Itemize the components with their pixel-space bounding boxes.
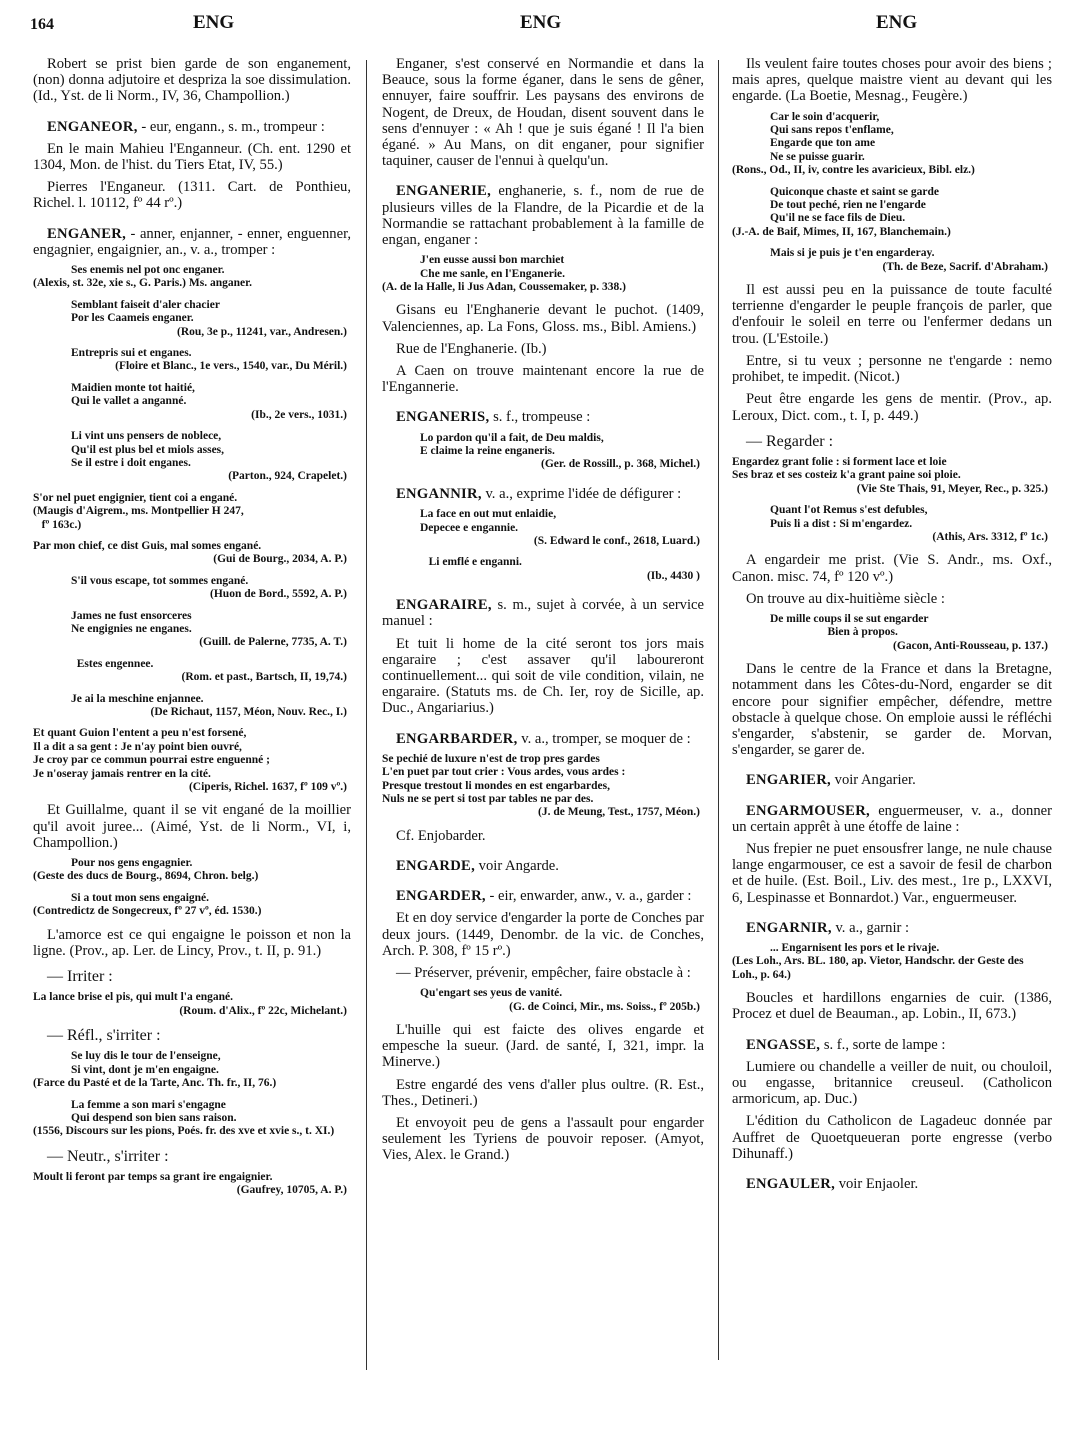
quotation: Je ai la meschine enjannee.(De Richaut, … — [33, 693, 351, 720]
quotation-line: Qui despend son bien sans raison. — [33, 1112, 351, 1125]
entry-headword: ENGARAIRE, — [396, 597, 492, 613]
quotation-line: Presque trestout li mondes en est engarb… — [382, 780, 704, 793]
quotation: Maidien monte tot haitié,Qui le vallet a… — [33, 382, 351, 422]
quotation-line: Li emflé e enganni. — [382, 556, 704, 569]
entry-definition: v. a., garnir : — [832, 920, 909, 936]
quotation: Entrepris sui et enganes.(Floire et Blan… — [33, 347, 351, 374]
citation-source: (Farce du Pasté et de la Tarte, Anc. Th.… — [33, 1077, 351, 1090]
entry-headword: ENGARNIR, — [746, 920, 832, 936]
quotation: Se luy dis le tour de l'enseigne,Si vint… — [33, 1050, 351, 1090]
citation-source: (Floire et Blanc., 1e vers., 1540, var.,… — [33, 360, 351, 373]
quotation-line: Estes engennee. — [33, 658, 351, 671]
paragraph: Et Guillalme, quant il se vit engané de … — [33, 802, 351, 851]
quotation-line: J'en eusse aussi bon marchiet — [382, 254, 704, 267]
quotation-line: Si a tout mon sens engaigné. — [33, 892, 351, 905]
citation-source: (Ib., 2e vers., 1031.) — [33, 409, 351, 422]
quotation-line: Mais si je puis je t'en engarderay. — [732, 247, 1052, 260]
paragraph: Ils veulent faire toutes choses pour avo… — [732, 56, 1052, 105]
citation-source: (Les Loh., Ars. BL. 180, ap. Vietor, Han… — [732, 955, 1052, 982]
paragraph: Et tuit li home de la cité seront tos jo… — [382, 636, 704, 717]
running-head-right: ENG — [876, 12, 917, 34]
quotation-line: Pour nos gens engagnier. — [33, 857, 351, 870]
quotation-line: Ses braz et ses costeiz k'a grant paine … — [732, 469, 1052, 482]
citation-source: (Geste des ducs de Bourg., 8694, Chron. … — [33, 870, 351, 883]
quotation: J'en eusse aussi bon marchietChe me sanl… — [382, 254, 704, 294]
paragraph: Peut être engarde les gens de mentir. (P… — [732, 391, 1052, 423]
paragraph: Entre, si tu veux ; personne ne t'engard… — [732, 353, 1052, 385]
quotation-line: Engardez grant folie : si forment lace e… — [732, 456, 1052, 469]
paragraph: L'huille qui est faicte des olives engar… — [382, 1022, 704, 1071]
quotation-line: S'il vous escape, tot sommes engané. — [33, 575, 351, 588]
paragraph: Enganer, s'est conservé en Normandie et … — [382, 56, 704, 169]
quotation: James ne fust ensorceresNe engignies ne … — [33, 610, 351, 650]
paragraph: Estre engardé des vens d'aller plus oult… — [382, 1077, 704, 1109]
citation-source: (Ib., 4430 ) — [382, 570, 704, 583]
sense-heading: — Réfl., s'irriter : — [33, 1028, 351, 1044]
column-right: Ils veulent faire toutes choses pour avo… — [732, 56, 1052, 1198]
entry-headword: ENGANERIS, — [396, 409, 489, 425]
column-left: Robert se prist bien garde de son engane… — [33, 56, 351, 1206]
quotation-line: Et quant Guion l'entent a peu n'est fors… — [33, 727, 351, 740]
citation-source: (Roum. d'Alix., fº 22c, Michelant.) — [33, 1005, 351, 1018]
quotation-line: Engarde que ton ame — [732, 137, 1052, 150]
quotation: Quant l'ot Remus s'est defubles,Puis li … — [732, 504, 1052, 544]
paragraph: Nus frepier ne puet ensousfrer lange, ne… — [732, 841, 1052, 906]
entry-headword: ENGANER, — [47, 226, 126, 242]
quotation-line: Bien à propos. — [732, 626, 1052, 639]
quotation: Car le soin d'acquerir,Qui sans repos t'… — [732, 111, 1052, 178]
quotation-line: Qu'engart ses yeus de vanité. — [382, 987, 704, 1000]
citation-source: (Rons., Od., II, iv, contre les avaricie… — [732, 164, 1052, 177]
paragraph: Lumiere ou chandelle a veiller de nuit, … — [732, 1059, 1052, 1108]
dictionary-entry: ENGARDER, - eir, enwarder, anw., v. a., … — [382, 888, 704, 904]
entry-headword: ENGASSE, — [746, 1037, 820, 1053]
entry-headword: ENGAULER, — [746, 1176, 835, 1192]
quotation-line: Moult li feront par temps sa grant ire e… — [33, 1171, 351, 1184]
paragraph: L'amorce est ce qui engaigne le poisson … — [33, 927, 351, 959]
quotation-line: Quant l'ot Remus s'est defubles, — [732, 504, 1052, 517]
dictionary-entry: ENGARNIR, v. a., garnir : — [732, 920, 1052, 936]
quotation-line: La face en out mut enlaidie, — [382, 508, 704, 521]
paragraph: Il est aussi peu en la puissance de tout… — [732, 282, 1052, 347]
quotation-line: La lance brise el pis, qui mult l'a enga… — [33, 991, 351, 1004]
quotation-line: Je ai la meschine enjannee. — [33, 693, 351, 706]
entry-headword: ENGANNIR, — [396, 486, 482, 502]
citation-source: (Rou, 3e p., 11241, var., Andresen.) — [33, 326, 351, 339]
quotation-line: Li vint uns pensers de noblece, — [33, 430, 351, 443]
quotation-line: Ne engignies ne enganes. — [33, 623, 351, 636]
quotation-line: Qui sans repos t'enflame, — [732, 124, 1052, 137]
paragraph: Gisans eu l'Enghanerie devant le puchot.… — [382, 302, 704, 334]
running-head-center: ENG — [520, 12, 561, 34]
citation-source: (Huon de Bord., 5592, A. P.) — [33, 588, 351, 601]
dictionary-entry: ENGARAIRE, s. m., sujet à corvée, à un s… — [382, 597, 704, 629]
citation-source: (Gacon, Anti-Rousseau, p. 137.) — [732, 640, 1052, 653]
citation-source: (A. de la Halle, li Jus Adan, Coussemake… — [382, 281, 704, 294]
citation-source: (Guill. de Palerne, 7735, A. T.) — [33, 636, 351, 649]
entry-definition: v. a., tromper, se moquer de : — [518, 731, 691, 747]
citation-source: (Parton., 924, Crapelet.) — [33, 470, 351, 483]
sense-heading: — Neutr., s'irriter : — [33, 1149, 351, 1165]
paragraph: — Préserver, prévenir, empêcher, faire o… — [382, 965, 704, 981]
quotation-line: Si vint, dont je m'en engaigne. — [33, 1064, 351, 1077]
quotation-line: James ne fust ensorceres — [33, 610, 351, 623]
citation-source: (Athis, Ars. 3312, fº 1c.) — [732, 531, 1052, 544]
dictionary-entry: ENGANERIE, enghanerie, s. f., nom de rue… — [382, 183, 704, 248]
page-number: 164 — [30, 16, 54, 34]
quotation: La face en out mut enlaidie,Depecee e en… — [382, 508, 704, 548]
quotation-line: (Maugis d'Aigrem., ms. Montpellier H 247… — [33, 505, 351, 518]
quotation: Quiconque chaste et saint se gardeDe tou… — [732, 186, 1052, 240]
citation-source: (J. de Meung, Test., 1757, Méon.) — [382, 806, 704, 819]
paragraph: Dans le centre de la France et dans la B… — [732, 661, 1052, 758]
dictionary-entry: ENGARBARDER, v. a., tromper, se moquer d… — [382, 731, 704, 747]
quotation-line: Car le soin d'acquerir, — [732, 111, 1052, 124]
quotation: La lance brise el pis, qui mult l'a enga… — [33, 991, 351, 1018]
citation-source: (Rom. et past., Bartsch, II, 19,74.) — [33, 671, 351, 684]
dictionary-entry: ENGAULER, voir Enjaoler. — [732, 1176, 1052, 1192]
quotation-line: Je n'oseray jamais rentrer en la cité. — [33, 768, 351, 781]
quotation: Lo pardon qu'il a fait, de Deu maldis,E … — [382, 432, 704, 472]
quotation: Ses enemis nel pot onc enganer.(Alexis, … — [33, 264, 351, 291]
quotation: Pour nos gens engagnier.(Geste des ducs … — [33, 857, 351, 884]
paragraph: Robert se prist bien garde de son engane… — [33, 56, 351, 105]
citation-source: (Ciperis, Richel. 1637, fº 109 vº.) — [33, 781, 351, 794]
quotation: La femme a son mari s'engagneQui despend… — [33, 1099, 351, 1139]
entry-definition: - eir, enwarder, anw., v. a., garder : — [486, 888, 692, 904]
quotation-line: fº 163c.) — [33, 519, 351, 532]
paragraph: Et en doy service d'engarder la porte de… — [382, 910, 704, 959]
paragraph: Rue de l'Enghanerie. (Ib.) — [382, 341, 704, 357]
entry-definition: v. a., exprime l'idée de défigurer : — [482, 486, 681, 502]
paragraph: Boucles et hardillons engarnies de cuir.… — [732, 990, 1052, 1022]
quotation-line: Se luy dis le tour de l'enseigne, — [33, 1050, 351, 1063]
quotation-line: De tout peché, rien ne l'engarde — [732, 199, 1052, 212]
column-divider — [718, 60, 719, 1360]
quotation-line: S'or nel puet engignier, tient coi a eng… — [33, 492, 351, 505]
quotation: ... Engarnisent les pors et le rivaje.(L… — [732, 942, 1052, 982]
quotation-line: Ses enemis nel pot onc enganer. — [33, 264, 351, 277]
quotation: Engardez grant folie : si forment lace e… — [732, 456, 1052, 496]
paragraph: Cf. Enjobarder. — [382, 828, 704, 844]
quotation-line: Lo pardon qu'il a fait, de Deu maldis, — [382, 432, 704, 445]
quotation-line: L'en puet par tout crier : Vous ardes, v… — [382, 766, 704, 779]
quotation: Li vint uns pensers de noblece,Qu'il est… — [33, 430, 351, 484]
entry-headword: ENGANERIE, — [396, 183, 491, 199]
paragraph: A engardeir me prist. (Vie S. Andr., ms.… — [732, 552, 1052, 584]
quotation-line: Nuls ne se pert si tost par tables ne pa… — [382, 793, 704, 806]
entry-headword: ENGARDER, — [396, 888, 486, 904]
quotation-line: Qu'il ne se face fils de Dieu. — [732, 212, 1052, 225]
quotation-line: Depecee e engannie. — [382, 522, 704, 535]
quotation-line: Semblant faiseit d'aler chacier — [33, 299, 351, 312]
quotation-line: Je croy par ce commun pourrai estre engu… — [33, 754, 351, 767]
quotation-line: Il a dit a sa gent : Je n'ay point bien … — [33, 741, 351, 754]
quotation-line: Qui le vallet a anganné. — [33, 395, 351, 408]
paragraph: En le main Mahieu l'Enganneur. (Ch. ent.… — [33, 141, 351, 173]
quotation-line: La femme a son mari s'engagne — [33, 1099, 351, 1112]
quotation-line: Se il estre i doit enganes. — [33, 457, 351, 470]
entry-headword: ENGANEOR, — [47, 119, 138, 135]
dictionary-entry: ENGASSE, s. f., sorte de lampe : — [732, 1037, 1052, 1053]
dictionary-entry: ENGARDE, voir Angarde. — [382, 858, 704, 874]
entry-definition: voir Enjaoler. — [835, 1176, 918, 1192]
citation-source: (Ger. de Rossill., p. 368, Michel.) — [382, 458, 704, 471]
quotation-line: Maidien monte tot haitié, — [33, 382, 351, 395]
quotation: S'or nel puet engignier, tient coi a eng… — [33, 492, 351, 532]
citation-source: (S. Edward le conf., 2618, Luard.) — [382, 535, 704, 548]
sense-heading: — Regarder : — [732, 434, 1052, 450]
entry-definition: - eur, engann., s. m., trompeur : — [138, 119, 325, 135]
entry-definition: s. f., sorte de lampe : — [820, 1037, 945, 1053]
running-head-left: ENG — [193, 12, 234, 34]
quotation-line: Par mon chief, ce dist Guis, mal somes e… — [33, 540, 351, 553]
quotation: Et quant Guion l'entent a peu n'est fors… — [33, 727, 351, 794]
dictionary-entry: ENGANERIS, s. f., trompeuse : — [382, 409, 704, 425]
citation-source: (Contredictz de Songecreux, fº 27 vº, éd… — [33, 905, 351, 918]
entry-headword: ENGARDE, — [396, 858, 475, 874]
sense-heading: — Irriter : — [33, 969, 351, 985]
column-center: Enganer, s'est conservé en Normandie et … — [382, 56, 704, 1170]
citation-source: (Gui de Bourg., 2034, A. P.) — [33, 553, 351, 566]
quotation-line: Puis li a dist : Si m'engardez. — [732, 518, 1052, 531]
citation-source: (Alexis, st. 32e, xie s., G. Paris.) Ms.… — [33, 277, 351, 290]
citation-source: (De Richaut, 1157, Méon, Nouv. Rec., I.) — [33, 706, 351, 719]
citation-source: (Gaufrey, 10705, A. P.) — [33, 1184, 351, 1197]
paragraph: Pierres l'Enganeur. (1311. Cart. de Pont… — [33, 179, 351, 211]
quotation-line: Entrepris sui et enganes. — [33, 347, 351, 360]
quotation: Par mon chief, ce dist Guis, mal somes e… — [33, 540, 351, 567]
quotation-line: Ne se puisse guarir. — [732, 151, 1052, 164]
quotation: Moult li feront par temps sa grant ire e… — [33, 1171, 351, 1198]
dictionary-entry: ENGARIER, voir Angarier. — [732, 772, 1052, 788]
paragraph: On trouve au dix-huitième siècle : — [732, 591, 1052, 607]
dictionary-entry: ENGANNIR, v. a., exprime l'idée de défig… — [382, 486, 704, 502]
citation-source: (Vie Ste Thais, 91, Meyer, Rec., p. 325.… — [732, 483, 1052, 496]
quotation: Qu'engart ses yeus de vanité.(G. de Coin… — [382, 987, 704, 1014]
quotation-line: Qu'il est plus bel et miols asses, — [33, 444, 351, 457]
dictionary-entry: ENGARMOUSER, enguermeuser, v. a., donner… — [732, 803, 1052, 835]
quotation-line: Che me sanle, en l'Enganerie. — [382, 268, 704, 281]
quotation: Li emflé e enganni.(Ib., 4430 ) — [382, 556, 704, 583]
citation-source: (J.-A. de Baif, Mimes, II, 167, Blanchem… — [732, 226, 1052, 239]
quotation-line: E claime la reine enganeris. — [382, 445, 704, 458]
paragraph: Et envoyoit peu de gens a l'assault pour… — [382, 1115, 704, 1164]
quotation-line: Se pechié de luxure n'est de trop pres g… — [382, 753, 704, 766]
quotation: Semblant faiseit d'aler chacierPor les C… — [33, 299, 351, 339]
citation-source: (Th. de Beze, Sacrif. d'Abraham.) — [732, 261, 1052, 274]
quotation-line: Quiconque chaste et saint se garde — [732, 186, 1052, 199]
quotation: Mais si je puis je t'en engarderay.(Th. … — [732, 247, 1052, 274]
quotation: Se pechié de luxure n'est de trop pres g… — [382, 753, 704, 820]
entry-definition: voir Angarde. — [475, 858, 559, 874]
quotation: Si a tout mon sens engaigné.(Contredictz… — [33, 892, 351, 919]
entry-definition: s. f., trompeuse : — [489, 409, 590, 425]
column-divider — [366, 60, 367, 1370]
quotation-line: ... Engarnisent les pors et le rivaje. — [732, 942, 1052, 955]
entry-headword: ENGARBARDER, — [396, 731, 518, 747]
quotation-line: De mille coups il se sut engarder — [732, 613, 1052, 626]
quotation: De mille coups il se sut engarder Bien à… — [732, 613, 1052, 653]
paragraph: L'édition du Catholicon de Lagadeuc donn… — [732, 1113, 1052, 1162]
dictionary-entry: ENGANEOR, - eur, engann., s. m., trompeu… — [33, 119, 351, 135]
entry-headword: ENGARMOUSER, — [746, 803, 870, 819]
entry-headword: ENGARIER, — [746, 772, 831, 788]
citation-source: (G. de Coinci, Mir., ms. Soiss., fº 205b… — [382, 1001, 704, 1014]
citation-source: (1556, Discours sur les pions, Poés. fr.… — [33, 1125, 351, 1138]
paragraph: A Caen on trouve maintenant encore la ru… — [382, 363, 704, 395]
entry-definition: voir Angarier. — [831, 772, 916, 788]
quotation: Estes engennee.(Rom. et past., Bartsch, … — [33, 658, 351, 685]
quotation: S'il vous escape, tot sommes engané.(Huo… — [33, 575, 351, 602]
quotation-line: Por les Caameis enganer. — [33, 312, 351, 325]
dictionary-entry: ENGANER, - anner, enjanner, - enner, eng… — [33, 226, 351, 258]
